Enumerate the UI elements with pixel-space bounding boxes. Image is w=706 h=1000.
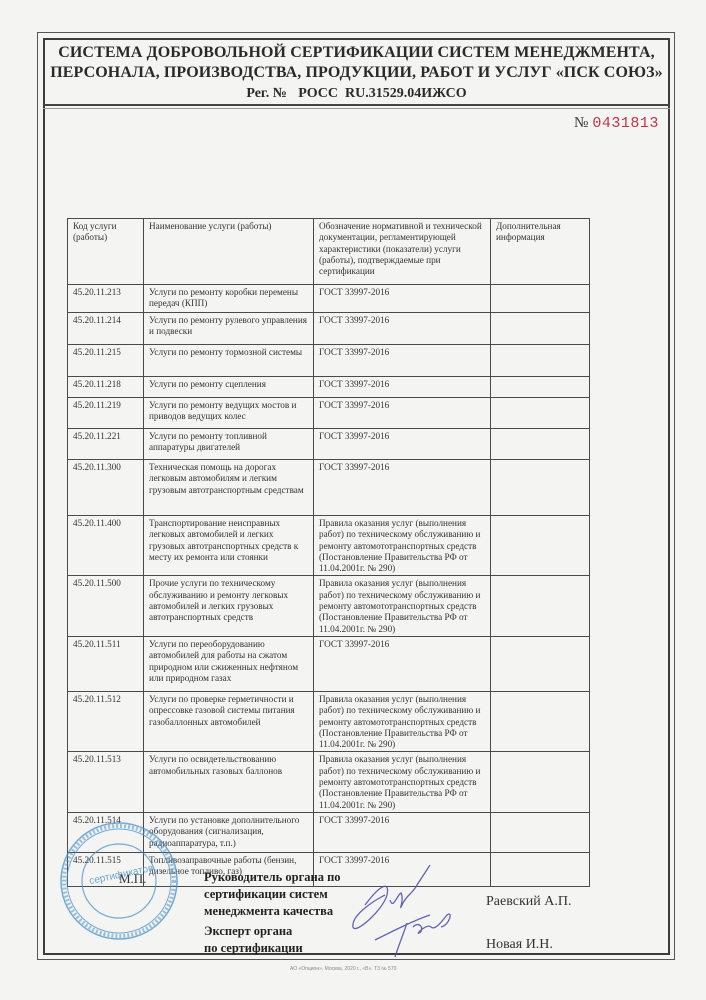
cell-name: Транспортирование неисправных легковых а… <box>144 516 314 576</box>
services-table: Код услуги (работы) Наименование услуги … <box>67 218 590 887</box>
cell-info <box>491 460 590 516</box>
col-header-info: Дополнительная информация <box>491 219 590 285</box>
table-row: 45.20.11.300Техническая помощь на дорога… <box>68 460 590 516</box>
col-header-doc: Обозначение нормативной и технической до… <box>314 219 491 285</box>
expert-title-line: по сертификации <box>204 940 303 957</box>
cell-code: 45.20.11.213 <box>68 285 144 313</box>
cell-name: Услуги по ремонту ведущих мостов и приво… <box>144 398 314 429</box>
signature-icon <box>335 865 475 960</box>
head-name: Раевский А.П. <box>486 894 571 910</box>
cell-doc: Правила оказания услуг (выполнения работ… <box>314 691 491 751</box>
cell-doc: ГОСТ 33997-2016 <box>314 812 491 852</box>
cell-code: 45.20.11.300 <box>68 460 144 516</box>
table-header-row: Код услуги (работы) Наименование услуги … <box>68 219 590 285</box>
cell-doc: ГОСТ 33997-2016 <box>314 460 491 516</box>
cell-doc: ГОСТ 33997-2016 <box>314 398 491 429</box>
table-row: 45.20.11.500Прочие услуги по техническом… <box>68 576 590 636</box>
head-title-line: менеджмента качества <box>204 903 341 920</box>
expert-title-line: Эксперт органа <box>204 923 303 940</box>
serial-number: №0431813 <box>574 115 659 132</box>
cell-info <box>491 516 590 576</box>
cell-info <box>491 313 590 345</box>
cell-name: Услуги по ремонту тормозной системы <box>144 345 314 377</box>
cell-name: Услуги по ремонту коробки перемены перед… <box>144 285 314 313</box>
cell-code: 45.20.11.400 <box>68 516 144 576</box>
cell-doc: ГОСТ 33997-2016 <box>314 429 491 460</box>
col-header-name: Наименование услуги (работы) <box>144 219 314 285</box>
cell-info <box>491 398 590 429</box>
cell-doc: ГОСТ 33997-2016 <box>314 636 491 691</box>
cell-code: 45.20.11.513 <box>68 752 144 812</box>
table-row: 45.20.11.215Услуги по ремонту тормозной … <box>68 345 590 377</box>
serial-value: 0431813 <box>592 115 659 132</box>
cell-info <box>491 345 590 377</box>
cell-doc: Правила оказания услуг (выполнения работ… <box>314 516 491 576</box>
cell-info <box>491 852 590 886</box>
certificate-header: СИСТЕМА ДОБРОВОЛЬНОЙ СЕРТИФИКАЦИИ СИСТЕМ… <box>45 40 668 103</box>
printer-note: АО «Опцион», Москва, 2020 г., «В». Т3 № … <box>290 966 396 972</box>
table-row: 45.20.11.513Услуги по освидетельствовани… <box>68 752 590 812</box>
head-title-line: Руководитель органа по <box>204 869 341 886</box>
table-row: 45.20.11.511Услуги по переоборудованию а… <box>68 636 590 691</box>
expert-title: Эксперт органа по сертификации <box>204 923 303 957</box>
header-line-1: СИСТЕМА ДОБРОВОЛЬНОЙ СЕРТИФИКАЦИИ СИСТЕМ… <box>45 43 668 63</box>
head-title: Руководитель органа по сертификации сист… <box>204 869 341 920</box>
expert-name: Новая И.Н. <box>486 937 553 953</box>
cell-code: 45.20.11.512 <box>68 691 144 751</box>
cell-code: 45.20.11.500 <box>68 576 144 636</box>
cell-name: Услуги по ремонту рулевого управления и … <box>144 313 314 345</box>
table-row: 45.20.11.221Услуги по ремонту топливной … <box>68 429 590 460</box>
cell-info <box>491 752 590 812</box>
cell-doc: ГОСТ 33997-2016 <box>314 313 491 345</box>
head-title-line: сертификации систем <box>204 886 341 903</box>
cell-doc: ГОСТ 33997-2016 <box>314 377 491 398</box>
cell-info <box>491 691 590 751</box>
cell-name: Услуги по переоборудованию автомобилей д… <box>144 636 314 691</box>
cell-info <box>491 429 590 460</box>
cell-name: Услуги по ремонту топливной аппаратуры д… <box>144 429 314 460</box>
col-header-code: Код услуги (работы) <box>68 219 144 285</box>
table-row: 45.20.11.214Услуги по ремонту рулевого у… <box>68 313 590 345</box>
header-line-2: ПЕРСОНАЛА, ПРОИЗВОДСТВА, ПРОДУКЦИИ, РАБО… <box>45 63 668 83</box>
cell-name: Услуги по проверке герметичности и опрес… <box>144 691 314 751</box>
cell-info <box>491 576 590 636</box>
cell-name: Техническая помощь на дорогах легковым а… <box>144 460 314 516</box>
table-row: 45.20.11.400Транспортирование неисправны… <box>68 516 590 576</box>
cell-info <box>491 636 590 691</box>
table-row: 45.20.11.213Услуги по ремонту коробки пе… <box>68 285 590 313</box>
cell-code: 45.20.11.221 <box>68 429 144 460</box>
serial-prefix: № <box>574 115 588 131</box>
cell-code: 45.20.11.218 <box>68 377 144 398</box>
cell-name: Услуги по освидетельствованию автомобиль… <box>144 752 314 812</box>
cell-name: Услуги по ремонту сцепления <box>144 377 314 398</box>
cell-doc: ГОСТ 33997-2016 <box>314 285 491 313</box>
header-divider <box>43 104 670 106</box>
cell-doc: Правила оказания услуг (выполнения работ… <box>314 576 491 636</box>
cell-code: 45.20.11.214 <box>68 313 144 345</box>
reg-label: Рег. № <box>246 86 286 101</box>
stamp-place-label: М.П. <box>119 871 146 887</box>
cell-code: 45.20.11.215 <box>68 345 144 377</box>
cell-info <box>491 812 590 852</box>
header-divider-thin <box>43 108 670 109</box>
cell-doc: ГОСТ 33997-2016 <box>314 345 491 377</box>
cell-code: 45.20.11.219 <box>68 398 144 429</box>
cell-code: 45.20.11.511 <box>68 636 144 691</box>
table-row: 45.20.11.218Услуги по ремонту сцепленияГ… <box>68 377 590 398</box>
registration-number: Рег. № РОСС RU.31529.04ИЖСО <box>45 84 668 104</box>
cell-info <box>491 377 590 398</box>
cell-info <box>491 285 590 313</box>
reg-value: РОСС RU.31529.04ИЖСО <box>298 86 466 101</box>
table-row: 45.20.11.219Услуги по ремонту ведущих мо… <box>68 398 590 429</box>
cell-name: Прочие услуги по техническому обслуживан… <box>144 576 314 636</box>
table-row: 45.20.11.512Услуги по проверке герметичн… <box>68 691 590 751</box>
cell-doc: Правила оказания услуг (выполнения работ… <box>314 752 491 812</box>
